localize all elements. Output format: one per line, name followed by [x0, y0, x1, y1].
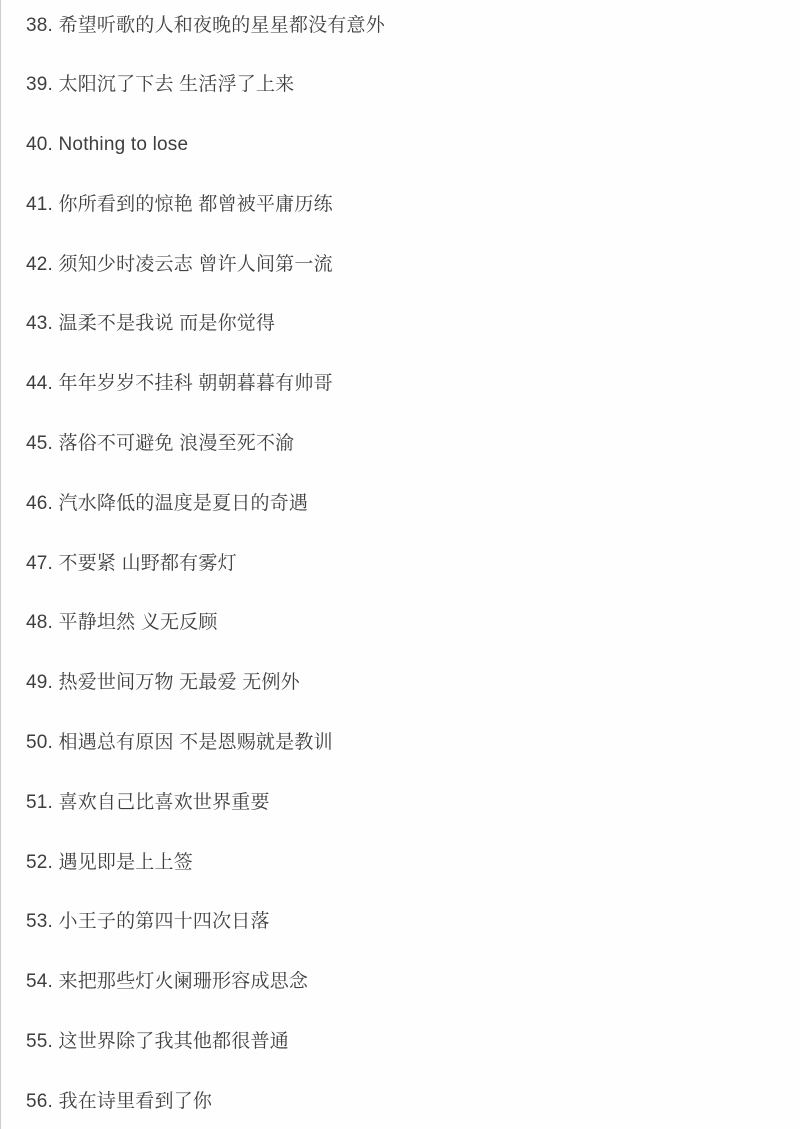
list-item: 48. 平静坦然 义无反顾 — [26, 594, 800, 654]
list-item-text: 汽水降低的温度是夏日的奇遇 — [59, 493, 309, 516]
list-item: 53. 小王子的第四十四次日落 — [26, 893, 800, 953]
list-item-number: 41. — [26, 194, 59, 217]
list-item-number: 48. — [26, 612, 59, 635]
list-item: 44. 年年岁岁不挂科 朝朝暮暮有帅哥 — [26, 355, 800, 415]
list-item: 49. 热爱世间万物 无最爱 无例外 — [26, 654, 800, 714]
list-item-number: 43. — [26, 313, 59, 336]
list-item: 46. 汽水降低的温度是夏日的奇遇 — [26, 474, 800, 534]
list-item-text: 来把那些灯火阑珊形容成思念 — [59, 971, 309, 994]
list-item: 40. Nothing to lose — [26, 116, 800, 176]
list-item-text: Nothing to lose — [59, 134, 189, 157]
list-item-text: 温柔不是我说 而是你觉得 — [59, 313, 276, 336]
list-item-text: 小王子的第四十四次日落 — [59, 911, 270, 934]
list-item: 51. 喜欢自己比喜欢世界重要 — [26, 773, 800, 833]
list-item-text: 你所看到的惊艳 都曾被平庸历练 — [59, 194, 333, 217]
list-item-number: 51. — [26, 792, 59, 815]
list-item-text: 平静坦然 义无反顾 — [59, 612, 218, 635]
list-item: 43. 温柔不是我说 而是你觉得 — [26, 295, 800, 355]
list-item: 42. 须知少时凌云志 曾许人间第一流 — [26, 235, 800, 295]
list-item-number: 50. — [26, 732, 59, 755]
list-item: 52. 遇见即是上上签 — [26, 833, 800, 893]
list-item: 50. 相遇总有原因 不是恩赐就是教训 — [26, 714, 800, 774]
list-item-number: 53. — [26, 911, 59, 934]
list-item-number: 49. — [26, 672, 59, 695]
list-item-text: 相遇总有原因 不是恩赐就是教训 — [59, 732, 333, 755]
list-item-text: 太阳沉了下去 生活浮了上来 — [59, 74, 295, 97]
list-item: 38. 希望听歌的人和夜晚的星星都没有意外 — [26, 0, 800, 56]
list-item-text: 不要紧 山野都有雾灯 — [59, 553, 237, 576]
list-item-text: 遇见即是上上签 — [59, 852, 193, 875]
list-item: 56. 我在诗里看到了你 — [26, 1072, 800, 1129]
list-item: 45. 落俗不可避免 浪漫至死不渝 — [26, 415, 800, 475]
list-item-number: 38. — [26, 15, 59, 38]
list-item-text: 喜欢自己比喜欢世界重要 — [59, 792, 270, 815]
list-item-number: 54. — [26, 971, 59, 994]
quote-list: 38. 希望听歌的人和夜晚的星星都没有意外 39. 太阳沉了下去 生活浮了上来 … — [1, 0, 800, 1129]
list-item-text: 落俗不可避免 浪漫至死不渝 — [59, 433, 295, 456]
list-item-number: 40. — [26, 134, 59, 157]
list-item-text: 年年岁岁不挂科 朝朝暮暮有帅哥 — [59, 373, 333, 396]
list-item-text: 热爱世间万物 无最爱 无例外 — [59, 672, 300, 695]
list-item: 41. 你所看到的惊艳 都曾被平庸历练 — [26, 175, 800, 235]
list-item-text: 我在诗里看到了你 — [59, 1091, 213, 1114]
list-item-text: 须知少时凌云志 曾许人间第一流 — [59, 254, 333, 277]
list-item-number: 44. — [26, 373, 59, 396]
list-item-number: 42. — [26, 254, 59, 277]
list-item-number: 47. — [26, 553, 59, 576]
list-item-number: 56. — [26, 1091, 59, 1114]
list-item-text: 这世界除了我其他都很普通 — [59, 1031, 289, 1054]
list-item-text: 希望听歌的人和夜晚的星星都没有意外 — [59, 15, 385, 38]
list-item-number: 46. — [26, 493, 59, 516]
list-item: 55. 这世界除了我其他都很普通 — [26, 1013, 800, 1073]
list-item-number: 52. — [26, 852, 59, 875]
list-item: 39. 太阳沉了下去 生活浮了上来 — [26, 56, 800, 116]
list-item-number: 45. — [26, 433, 59, 456]
list-item: 47. 不要紧 山野都有雾灯 — [26, 534, 800, 594]
list-item-number: 55. — [26, 1031, 59, 1054]
notes-page: 38. 希望听歌的人和夜晚的星星都没有意外 39. 太阳沉了下去 生活浮了上来 … — [0, 0, 800, 1129]
list-item-number: 39. — [26, 74, 59, 97]
list-item: 54. 来把那些灯火阑珊形容成思念 — [26, 953, 800, 1013]
